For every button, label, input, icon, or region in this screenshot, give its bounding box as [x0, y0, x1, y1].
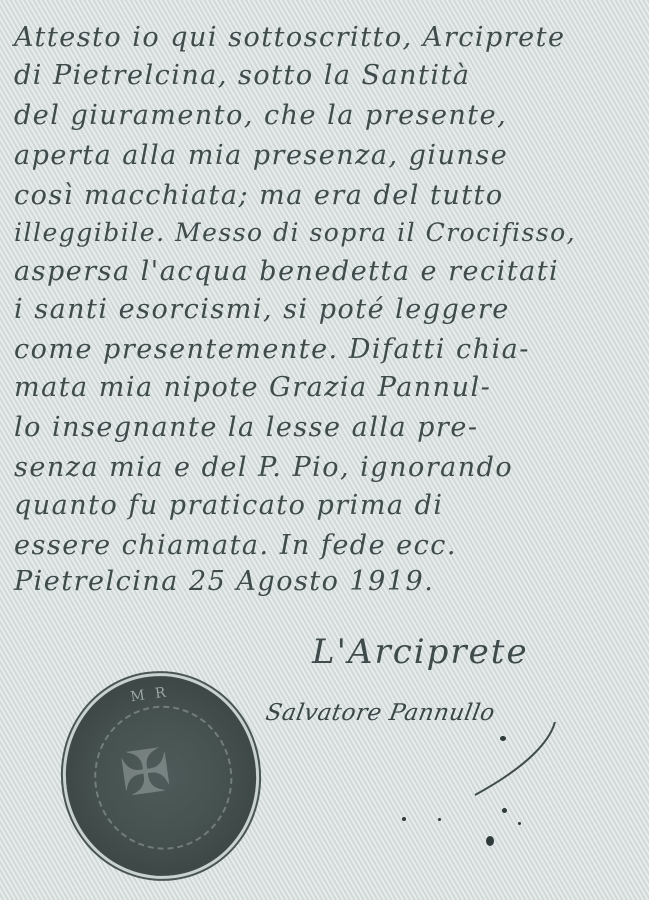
text-line-4: aperta alla mia presenza, giunse — [14, 140, 508, 171]
text-line-9: come presentemente. Difatti chia- — [14, 334, 530, 365]
ink-spot — [486, 836, 494, 846]
text-line-13: quanto fu praticato prima di — [14, 490, 444, 521]
ink-spot — [500, 736, 506, 741]
text-line-5: così macchiata; ma era del tutto — [14, 180, 504, 211]
ink-spot — [438, 818, 441, 821]
text-line-10: mata mia nipote Grazia Pannul- — [14, 372, 491, 403]
text-line-8: i santi esorcismi, si poté leggere — [14, 294, 510, 325]
text-line-14: essere chiamata. In fede ecc. — [14, 530, 457, 561]
document-page: Attesto io qui sottoscritto, Arciprete d… — [0, 0, 649, 900]
text-line-12: senza mia e del P. Pio, ignorando — [14, 452, 513, 483]
text-line-7: aspersa l'acqua benedetta e recitati — [14, 256, 559, 287]
ink-spot — [502, 808, 507, 813]
text-line-3: del giuramento, che la presente, — [14, 100, 507, 131]
seal-emblem-icon: ✠ — [116, 735, 176, 811]
text-line-15: Pietrelcina 25 Agosto 1919. — [14, 566, 434, 597]
parish-seal: M R ✠ — [53, 664, 269, 888]
text-line-1: Attesto io qui sottoscritto, Arciprete — [14, 22, 565, 53]
signature-flourish-icon — [460, 720, 580, 800]
text-line-2: di Pietrelcina, sotto la Santità — [14, 60, 470, 91]
ink-spot — [402, 817, 406, 821]
text-line-6: illeggibile. Messo di sopra il Crocifiss… — [14, 218, 576, 247]
signature-title: L'Arciprete — [312, 632, 529, 672]
ink-spot — [518, 822, 521, 825]
text-line-11: lo insegnante la lesse alla pre- — [14, 412, 478, 443]
